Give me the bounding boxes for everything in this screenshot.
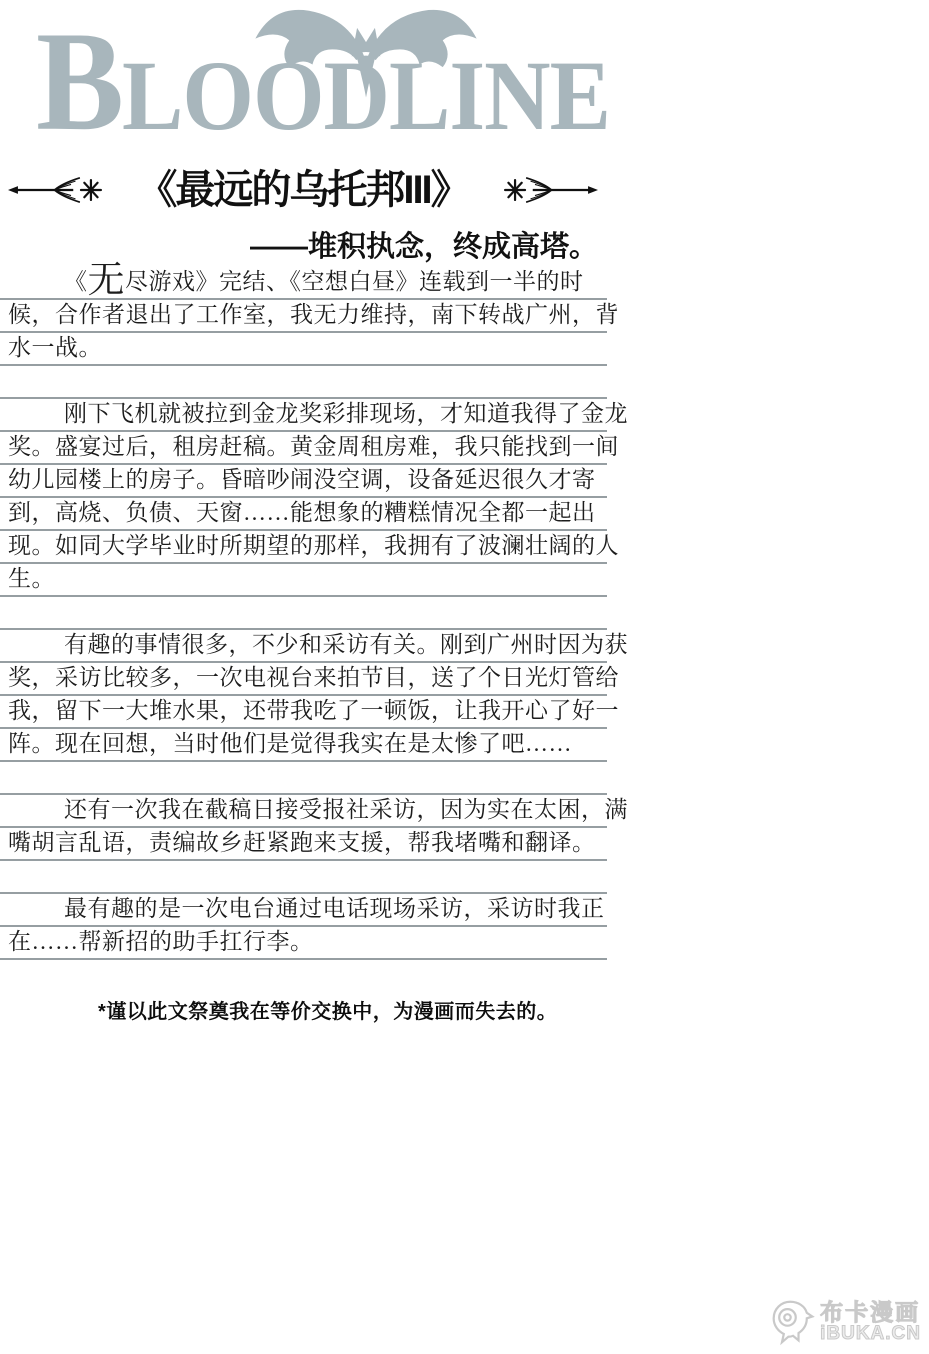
essay-text: 我，留下一大堆水果，还带我吃了一顿饭，让我开心了好一	[8, 698, 619, 723]
essay-text: 幼儿园楼上的房子。昏暗吵闹没空调，设备延迟很久才寄	[8, 467, 596, 492]
essay-line: 在……帮新招的助手扛行李。	[0, 927, 607, 960]
essay-text: 奖。盛宴过后，租房赶稿。黄金周租房难，我只能找到一间	[8, 434, 619, 459]
essay-line: 生。	[0, 564, 607, 597]
essay-line: 还有一次我在截稿日接受报社采访，因为实在太困，满	[0, 795, 607, 828]
logo-rest-letters: LOODLINE	[122, 40, 610, 150]
essay-text: 水一战。	[8, 335, 102, 360]
logo-initial-letter: B	[36, 1, 122, 160]
watermark-site-url: iBUKA.CN	[820, 1324, 921, 1343]
watermark: 布卡漫画 iBUKA.CN	[770, 1298, 921, 1346]
essay-line: 最有趣的是一次电台通过电话现场采访，采访时我正	[0, 894, 607, 927]
comic-afterword-page: BLOODLINE 《最远的乌托邦III》	[0, 0, 929, 1354]
buka-bird-logo-icon	[770, 1298, 816, 1346]
essay-text: 最有趣的是一次电台通过电话现场采访，采访时我正	[64, 896, 605, 921]
essay-text: 现。如同大学毕业时所期望的那样，我拥有了波澜壮阔的人	[8, 533, 619, 558]
essay-line: 我，留下一大堆水果，还带我吃了一顿饭，让我开心了好一	[0, 696, 607, 729]
essay-text: 还有一次我在截稿日接受报社采访，因为实在太困，满	[64, 797, 628, 822]
chapter-title-row: 《最远的乌托邦III》	[8, 158, 598, 222]
essay-text: 有趣的事情很多，不少和采访有关。刚到广州时因为获	[64, 632, 628, 657]
essay-line: 刚下飞机就被拉到金龙奖彩排现场，才知道我得了金龙	[0, 399, 607, 432]
essay-line: 嘴胡言乱语，责编故乡赶紧跑来支援，帮我堵嘴和翻译。	[0, 828, 607, 861]
essay-line: 阵。现在回想，当时他们是觉得我实在是太惨了吧……	[0, 729, 607, 762]
essay-body: 《无尽游戏》完结、《空想白昼》连载到一半的时候，合作者退出了工作室，我无力维持，…	[0, 267, 607, 960]
footnote: *谨以此文祭奠我在等价交换中，为漫画而失去的。	[98, 995, 557, 1024]
logo-text: BLOODLINE	[36, 10, 610, 153]
essay-line: 有趣的事情很多，不少和采访有关。刚到广州时因为获	[0, 630, 607, 663]
essay-text: 候，合作者退出了工作室，我无力维持，南下转战广州，背	[8, 302, 619, 327]
watermark-site-name: 布卡漫画	[820, 1301, 921, 1324]
flourish-right-icon	[504, 162, 598, 218]
essay-text: 尽游戏》完结、《空想白昼》连载到一半的时	[125, 269, 584, 294]
essay-line: 奖。盛宴过后，租房赶稿。黄金周租房难，我只能找到一间	[0, 432, 607, 465]
dropcap-character: 无	[88, 260, 126, 301]
essay-text: 生。	[8, 566, 55, 591]
essay-line: 到，高烧、负债、天窗……能想象的糟糕情况全都一起出	[0, 498, 607, 531]
essay-text: 嘴胡言乱语，责编故乡赶紧跑来支援，帮我堵嘴和翻译。	[8, 830, 596, 855]
bloodline-logo: BLOODLINE	[0, 0, 620, 162]
essay-text: 在……帮新招的助手扛行李。	[8, 929, 314, 954]
essay-text: 阵。现在回想，当时他们是觉得我实在是太惨了吧……	[8, 731, 572, 756]
essay-text: 到，高烧、负债、天窗……能想象的糟糕情况全都一起出	[8, 500, 596, 525]
essay-line: 现。如同大学毕业时所期望的那样，我拥有了波澜壮阔的人	[0, 531, 607, 564]
essay-line: 候，合作者退出了工作室，我无力维持，南下转战广州，背	[0, 300, 607, 333]
chapter-title: 《最远的乌托邦III》	[137, 170, 468, 210]
essay-line: 水一战。	[0, 333, 607, 366]
ruled-line-blank	[0, 861, 607, 894]
essay-line: 《无尽游戏》完结、《空想白昼》连载到一半的时	[0, 267, 607, 300]
watermark-text: 布卡漫画 iBUKA.CN	[820, 1301, 921, 1343]
essay-text: 奖，采访比较多，一次电视台来拍节目，送了个日光灯管给	[8, 665, 619, 690]
essay-line: 幼儿园楼上的房子。昏暗吵闹没空调，设备延迟很久才寄	[0, 465, 607, 498]
essay-text: 刚下飞机就被拉到金龙奖彩排现场，才知道我得了金龙	[64, 401, 628, 426]
ruled-line-blank	[0, 366, 607, 399]
ruled-line-blank	[0, 597, 607, 630]
essay-text: 《	[64, 269, 88, 294]
essay-line: 奖，采访比较多，一次电视台来拍节目，送了个日光灯管给	[0, 663, 607, 696]
ruled-line-blank	[0, 762, 607, 795]
flourish-left-icon	[8, 162, 102, 218]
chapter-subtitle: ——堆积执念，终成高塔。	[0, 224, 598, 265]
